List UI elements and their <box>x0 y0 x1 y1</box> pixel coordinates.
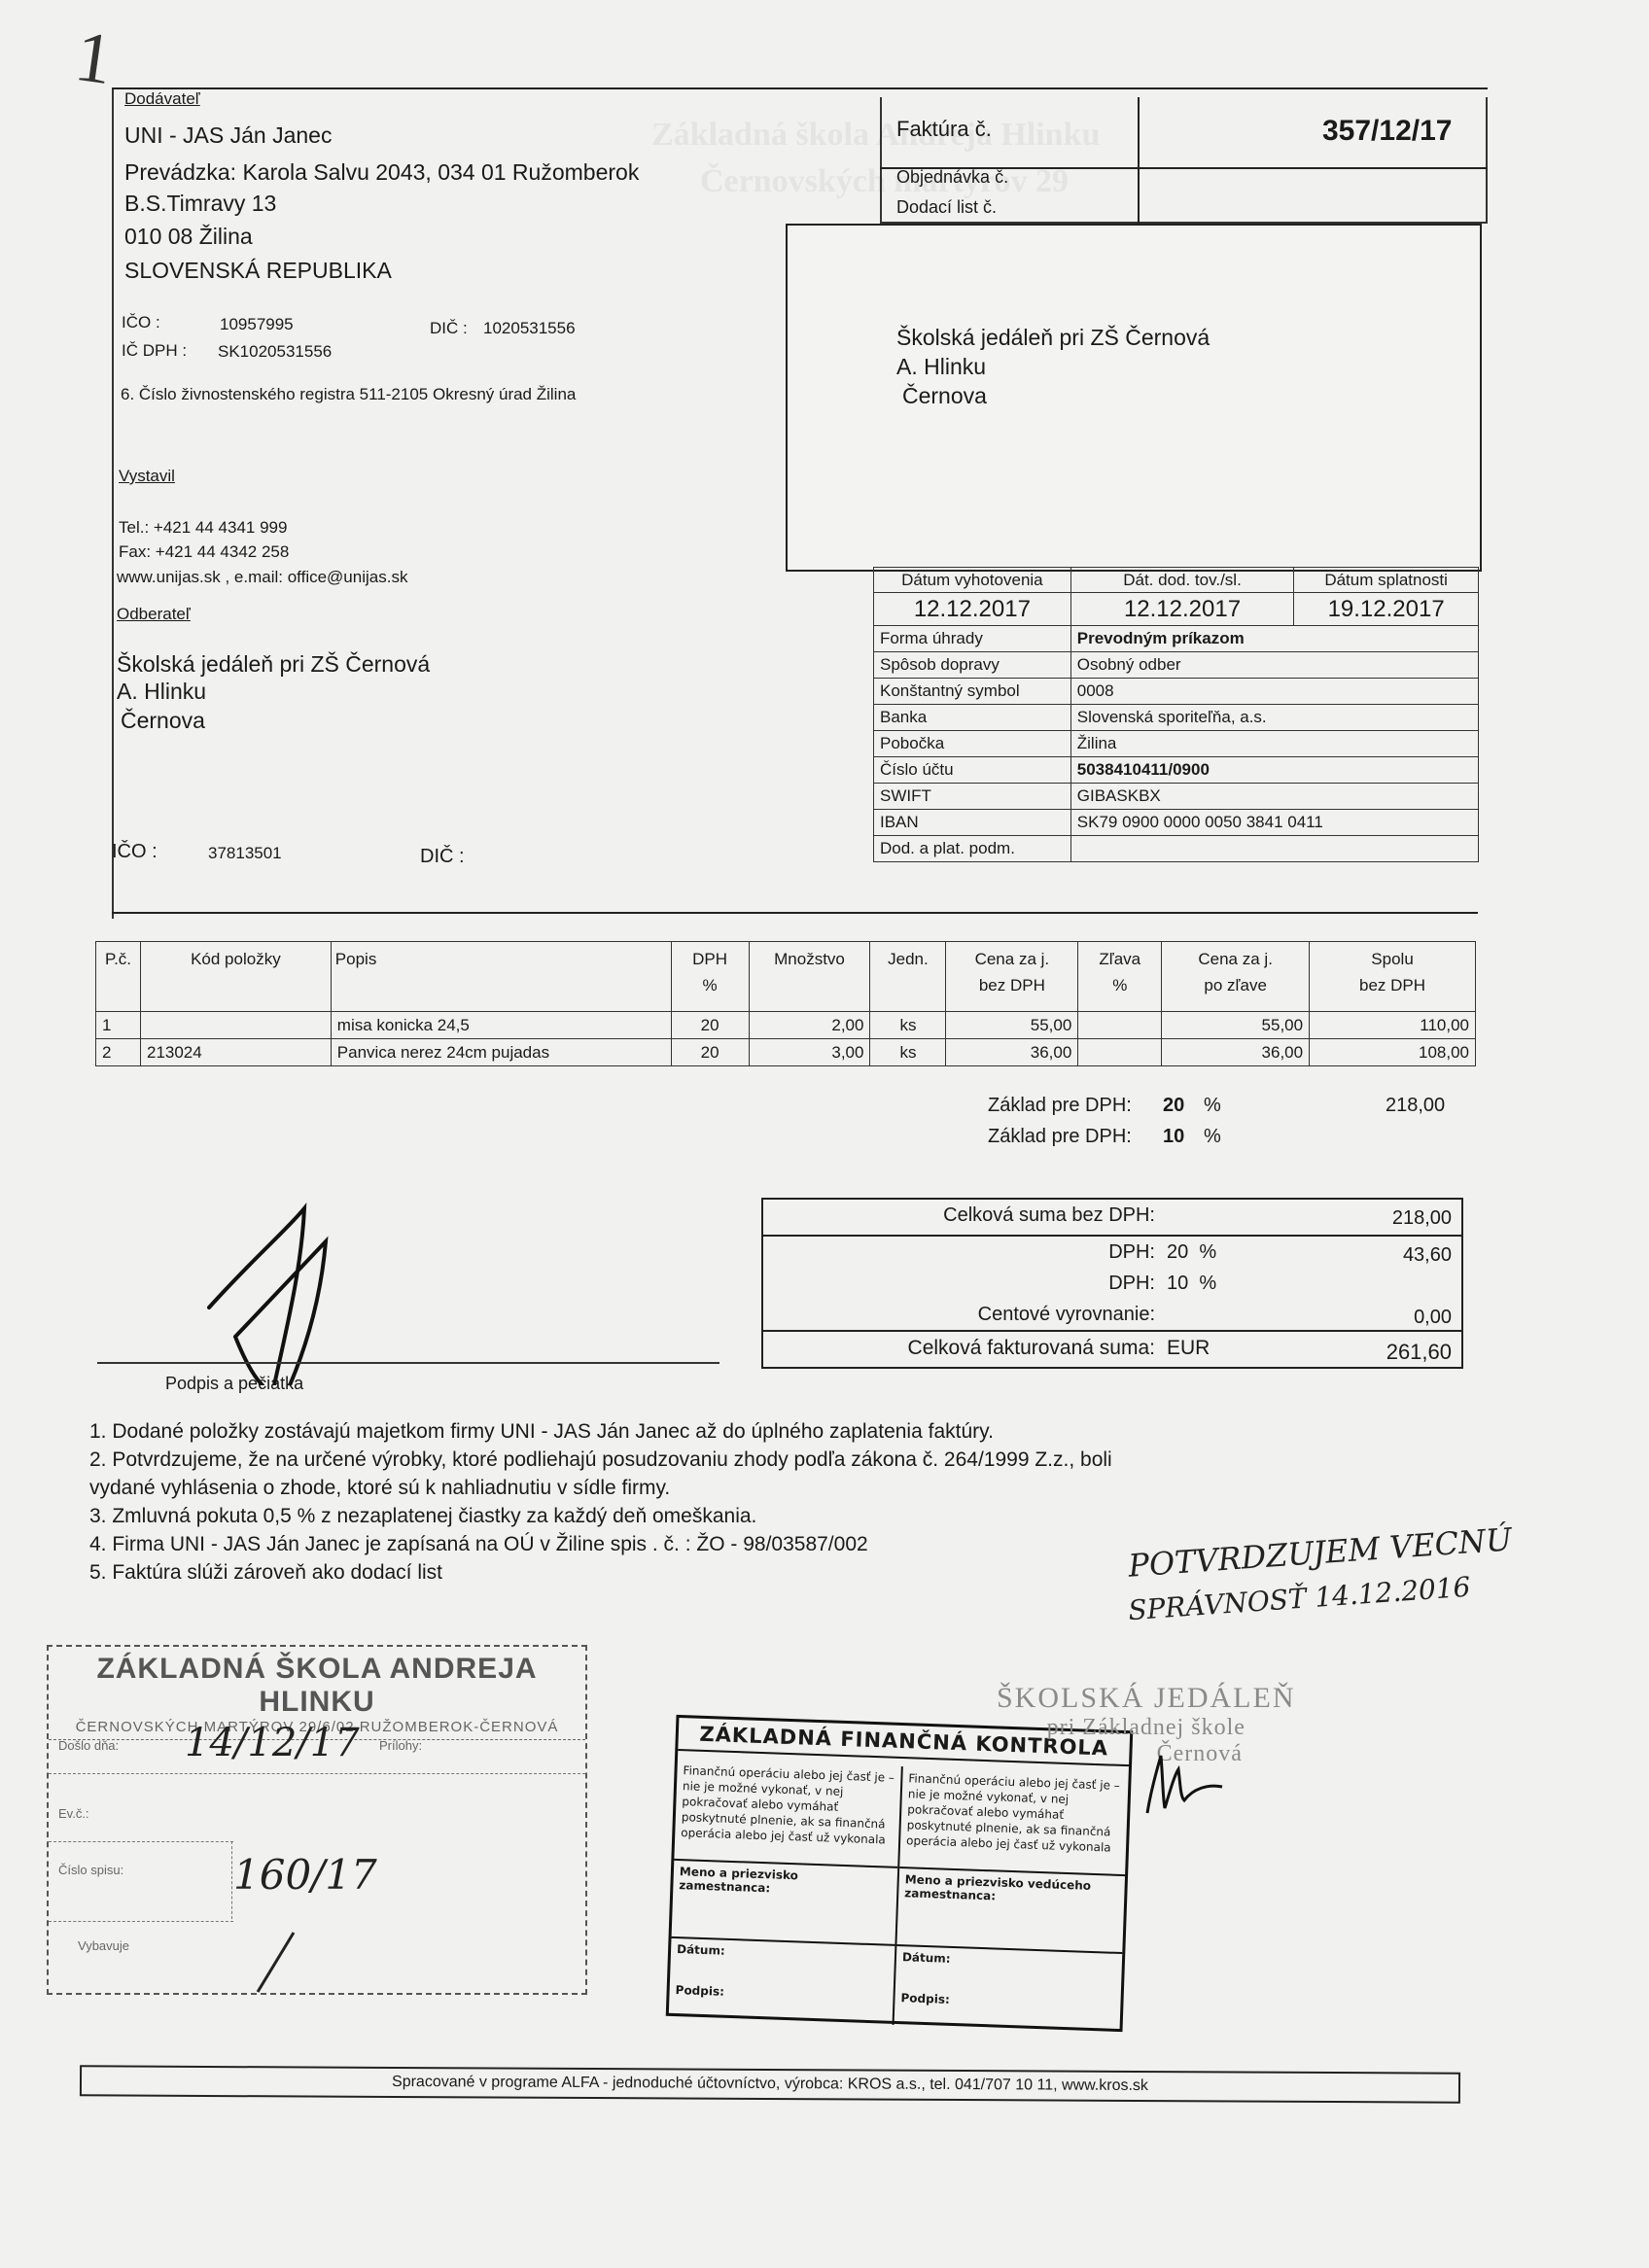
column-header: DPH % <box>671 942 749 1012</box>
invoice-number: 357/12/17 <box>1322 115 1452 148</box>
customer-ico: 37813501 <box>208 844 282 863</box>
order-number-label: Objednávka č. <box>896 167 1008 188</box>
net-total-label: Celková suma bez DPH: <box>943 1204 1155 1227</box>
table-cell: 213024 <box>140 1039 331 1066</box>
column-header: Jedn. <box>870 942 946 1012</box>
table-cell: 110,00 <box>1310 1012 1476 1039</box>
payment-label: Spôsob dopravy <box>874 652 1071 679</box>
table-cell <box>140 1012 331 1039</box>
items-table: P.č.Kód položkyPopisDPH %MnožstvoJedn.Ce… <box>95 941 1476 1066</box>
supplier-dic-label: DIČ : <box>430 319 468 338</box>
signature-line <box>97 1362 719 1364</box>
vat-base-rate: 20 <box>1163 1095 1184 1117</box>
supplier-street: B.S.Timravy 13 <box>124 191 276 217</box>
delivery-date: 12.12.2017 <box>1070 593 1293 626</box>
column-header: Množstvo <box>749 942 870 1012</box>
column-header: Kód položky <box>140 942 331 1012</box>
customer-city: Černova <box>121 708 205 734</box>
received-label: Došlo dňa: <box>58 1738 119 1753</box>
vat-base-amount: 218,00 <box>1386 1095 1445 1117</box>
payment-label: Číslo účtu <box>874 757 1071 784</box>
column-header: P.č. <box>96 942 141 1012</box>
payment-row: Spôsob dopravyOsobný odber <box>874 652 1479 679</box>
rounding-amount: 0,00 <box>1414 1307 1452 1329</box>
payment-row: IBANSK79 0900 0000 0050 3841 0411 <box>874 810 1479 836</box>
currency: EUR <box>1167 1337 1210 1360</box>
table-cell <box>1078 1039 1162 1066</box>
supplier-country: SLOVENSKÁ REPUBLIKA <box>124 258 392 284</box>
school-stamp-title: ZÁKLADNÁ ŠKOLA ANDREJA HLINKU <box>49 1653 585 1719</box>
table-row: 1misa konicka 24,5202,00ks55,0055,00110,… <box>96 1012 1476 1039</box>
issuer-web-email: www.unijas.sk , e.mail: office@unijas.sk <box>117 568 407 587</box>
payment-row: Konštantný symbol0008 <box>874 679 1479 705</box>
column-header: Popis <box>331 942 671 1012</box>
table-cell: 36,00 <box>1162 1039 1310 1066</box>
supplier-icdph-label: IČ DPH : <box>122 341 187 361</box>
canteen-stamp-line2: pri Základnej škole <box>997 1715 1296 1741</box>
payment-row: Číslo účtu5038410411/0900 <box>874 757 1479 784</box>
recipient-street: A. Hlinku <box>896 354 986 380</box>
fin-control-statement-left: Finančnú operáciu alebo jej časť je – ni… <box>674 1759 901 1868</box>
file-number-handwritten: 160/17 <box>233 1851 377 1899</box>
vat10-rate: 10 % <box>1167 1273 1216 1295</box>
table-cell <box>1078 1012 1162 1039</box>
vat10-label: DPH: <box>1108 1273 1155 1295</box>
vat-base-label: Základ pre DPH: <box>988 1126 1132 1148</box>
payment-value: Prevodným príkazom <box>1070 626 1478 652</box>
recipient-city: Černova <box>902 383 987 409</box>
payment-row: Dod. a plat. podm. <box>874 836 1479 862</box>
delivery-date-label: Dát. dod. tov./sl. <box>1070 568 1293 593</box>
payment-row: BankaSlovenská sporiteľňa, a.s. <box>874 705 1479 731</box>
payment-row: Forma úhradyPrevodným príkazom <box>874 626 1479 652</box>
supplier-register: 6. Číslo živnostenského registra 511-210… <box>121 385 576 404</box>
vat-base-pct: % <box>1204 1126 1221 1148</box>
invoice-number-label: Faktúra č. <box>896 117 992 142</box>
due-date-label: Dátum splatnosti <box>1294 568 1479 593</box>
received-date-handwritten: 14/12/17 <box>185 1721 360 1765</box>
recipient-address-window: Školská jedáleň pri ZŠ Černová A. Hlinku… <box>786 224 1482 572</box>
supplier-label: Dodávateľ <box>124 89 200 109</box>
table-cell: 1 <box>96 1012 141 1039</box>
grand-total: 261,60 <box>1386 1340 1452 1365</box>
table-cell: 3,00 <box>749 1039 870 1066</box>
payment-value: Žilina <box>1070 731 1478 757</box>
table-cell: 20 <box>671 1039 749 1066</box>
table-cell: 55,00 <box>1162 1012 1310 1039</box>
net-total: 218,00 <box>1392 1207 1452 1230</box>
table-cell: 36,00 <box>946 1039 1078 1066</box>
payment-row: PobočkaŽilina <box>874 731 1479 757</box>
issuer-fax: Fax: +421 44 4342 258 <box>119 542 289 562</box>
signature-label: Podpis a pečiatka <box>165 1374 303 1394</box>
payment-value: 0008 <box>1070 679 1478 705</box>
signature-scribble <box>194 1191 389 1385</box>
software-footer: Spracované v programe ALFA - jednoduché … <box>80 2065 1460 2103</box>
column-header: Cena za j. bez DPH <box>946 942 1078 1012</box>
ref-label: Ev.č.: <box>58 1806 89 1821</box>
page-mark: 1 <box>70 16 117 102</box>
payment-value <box>1070 836 1478 862</box>
note-line: 4. Firma UNI - JAS Ján Janec je zapísaná… <box>89 1530 1256 1558</box>
payment-value: GIBASKBX <box>1070 784 1478 810</box>
supplier-branch: Prevádzka: Karola Salvu 2043, 034 01 Ruž… <box>124 159 639 186</box>
payment-label: SWIFT <box>874 784 1071 810</box>
payment-value: SK79 0900 0000 0050 3841 0411 <box>1070 810 1478 836</box>
payment-label: Dod. a plat. podm. <box>874 836 1071 862</box>
column-header: Zľava % <box>1078 942 1162 1012</box>
checkmark-scribble <box>253 1929 301 1997</box>
payment-value: 5038410411/0900 <box>1070 757 1478 784</box>
column-header: Cena za j. po zľave <box>1162 942 1310 1012</box>
issuer-tel: Tel.: +421 44 4341 999 <box>119 518 287 538</box>
canteen-signature-scribble <box>1140 1750 1227 1818</box>
canteen-stamp-line1: ŠKOLSKÁ JEDÁLEŇ <box>997 1682 1296 1715</box>
vat20-amount: 43,60 <box>1403 1244 1452 1267</box>
handling-label: Vybavuje <box>78 1938 129 1953</box>
vat20-rate: 20 % <box>1167 1241 1216 1264</box>
supplier-icdph: SK1020531556 <box>218 342 332 362</box>
table-row: 2213024Panvica nerez 24cm pujadas203,00k… <box>96 1039 1476 1066</box>
payment-label: Pobočka <box>874 731 1071 757</box>
table-cell: 2,00 <box>749 1012 870 1039</box>
file-number-label: Číslo spisu: <box>58 1863 123 1877</box>
totals-box: Celková suma bez DPH: 218,00 DPH: 20 % 4… <box>761 1198 1463 1369</box>
table-cell: 108,00 <box>1310 1039 1476 1066</box>
note-line: 3. Zmluvná pokuta 0,5 % z nezaplatenej č… <box>89 1502 1256 1530</box>
payment-label: IBAN <box>874 810 1071 836</box>
table-cell: Panvica nerez 24cm pujadas <box>331 1039 671 1066</box>
attachments-label: Prílohy: <box>379 1738 422 1753</box>
issue-date-label: Dátum vyhotovenia <box>874 568 1071 593</box>
column-header: Spolu bez DPH <box>1310 942 1476 1012</box>
payment-info-table: Dátum vyhotovenia Dát. dod. tov./sl. Dát… <box>873 567 1479 862</box>
delivery-note-label: Dodací list č. <box>896 197 997 218</box>
vat-base-pct: % <box>1204 1095 1221 1117</box>
recipient-name: Školská jedáleň pri ZŠ Černová <box>896 325 1210 351</box>
issue-date: 12.12.2017 <box>874 593 1071 626</box>
payment-label: Banka <box>874 705 1071 731</box>
vat-base-label: Základ pre DPH: <box>988 1095 1132 1117</box>
due-date: 19.12.2017 <box>1294 593 1479 626</box>
payment-value: Osobný odber <box>1070 652 1478 679</box>
employee-name-label: Meno a priezvisko zamestnanca: <box>672 1861 898 1946</box>
customer-ico-label: IČO : <box>112 841 158 863</box>
table-cell: 2 <box>96 1039 141 1066</box>
manager-name-label: Meno a priezvisko vedúceho zamestnanca: <box>896 1868 1125 1954</box>
customer-street: A. Hlinku <box>117 679 206 705</box>
supplier-city: 010 08 Žilina <box>124 224 253 250</box>
note-line: 1. Dodané položky zostávajú majetkom fir… <box>89 1417 1256 1446</box>
customer-label: Odberateľ <box>117 605 191 624</box>
supplier-ico: 10957995 <box>220 315 294 334</box>
customer-name: Školská jedáleň pri ZŠ Černová <box>117 651 430 678</box>
vat20-label: DPH: <box>1108 1241 1155 1264</box>
note-line: vydané vyhlásenia o zhode, ktoré sú k na… <box>89 1474 1256 1502</box>
grand-total-label: Celková fakturovaná suma: <box>908 1337 1155 1360</box>
customer-dic-label: DIČ : <box>420 846 465 868</box>
supplier-dic: 1020531556 <box>483 319 576 338</box>
vat-base-rate: 10 <box>1163 1126 1184 1148</box>
table-cell: 55,00 <box>946 1012 1078 1039</box>
table-cell: ks <box>870 1012 946 1039</box>
note-line: 2. Potvrdzujeme, že na určené výrobky, k… <box>89 1446 1256 1474</box>
supplier-name: UNI - JAS Ján Janec <box>124 122 332 149</box>
payment-row: SWIFTGIBASKBX <box>874 784 1479 810</box>
table-cell: ks <box>870 1039 946 1066</box>
payment-value: Slovenská sporiteľňa, a.s. <box>1070 705 1478 731</box>
table-cell: 20 <box>671 1012 749 1039</box>
fin-control-statement-right: Finančnú operáciu alebo jej časť je – ni… <box>899 1766 1129 1876</box>
rounding-label: Centové vyrovnanie: <box>978 1304 1155 1326</box>
school-registry-stamp: ZÁKLADNÁ ŠKOLA ANDREJA HLINKU ČERNOVSKÝC… <box>47 1645 587 1995</box>
payment-label: Konštantný symbol <box>874 679 1071 705</box>
terms-notes: 1. Dodané položky zostávajú majetkom fir… <box>89 1417 1256 1587</box>
supplier-ico-label: IČO : <box>122 313 160 332</box>
table-cell: misa konicka 24,5 <box>331 1012 671 1039</box>
payment-label: Forma úhrady <box>874 626 1071 652</box>
note-line: 5. Faktúra slúži zároveň ako dodací list <box>89 1558 1256 1587</box>
issuer-label: Vystavil <box>119 467 175 486</box>
